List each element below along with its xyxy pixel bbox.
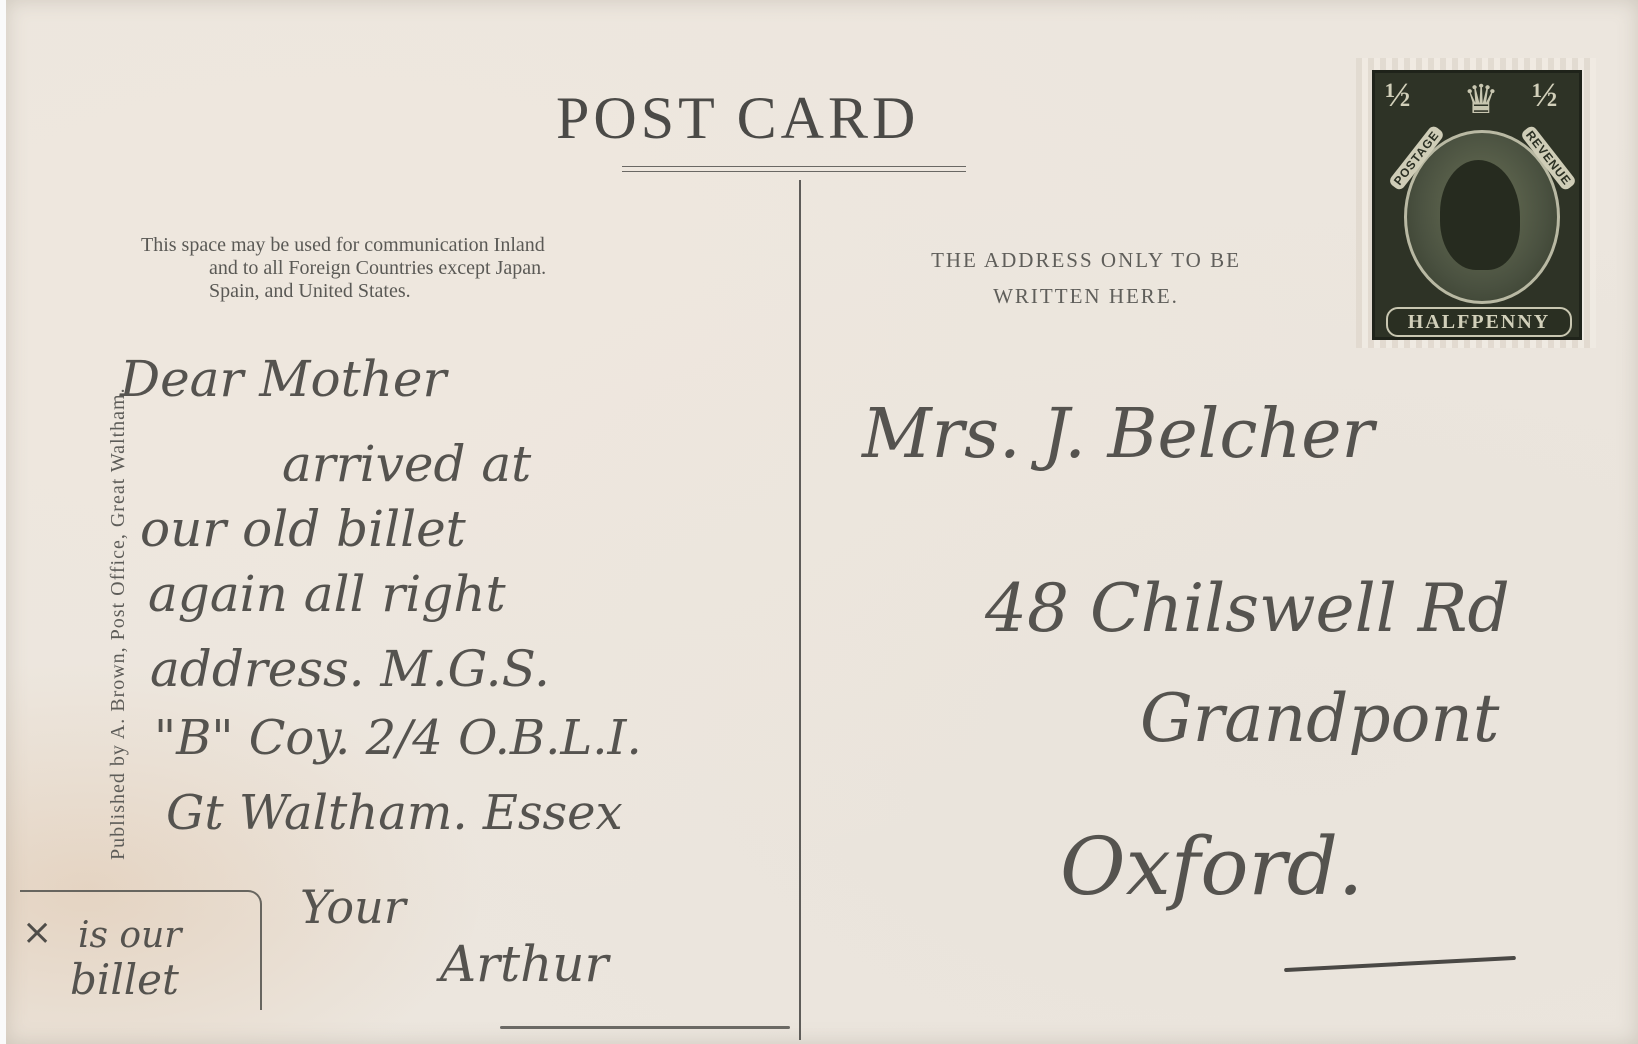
stamp-value-label: HALFPENNY [1386,307,1572,337]
message-instructions: This space may be used for communication… [141,234,781,303]
message-line: Your [300,880,406,934]
message-instructions-line1: This space may be used for communication… [141,234,781,257]
stamp-denomination-left: ½ [1385,80,1411,112]
message-instructions-line3: Spain, and United States. [141,280,781,303]
message-line: Gt Waltham. Essex [166,785,623,841]
stamp-denomination-right: ½ [1532,80,1558,112]
message-line: our old billet [140,500,466,558]
address-city: Oxford. [1060,820,1363,913]
heading-rule-top [622,166,966,167]
message-instructions-line2: and to all Foreign Countries except Japa… [141,257,781,280]
address-instructions: THE ADDRESS ONLY TO BE WRITTEN HERE. [866,242,1306,314]
message-line: address. M.G.S. [150,640,550,698]
heading-rule-bottom [622,171,966,172]
side-note-line1: is our [78,915,182,956]
king-portrait-icon [1440,160,1520,270]
message-line: arrived at [282,435,531,493]
signature: Arthur [440,935,608,993]
crown-icon: ♛ [1450,78,1512,122]
postcard-heading: POST CARD [556,84,919,153]
signature-underline [500,1026,790,1029]
message-line: again all right [148,565,506,623]
publisher-imprint: Published by A. Brown, Post Office, Grea… [107,387,130,860]
cross-mark-icon: × [22,912,52,953]
center-divider [799,180,801,1040]
address-instructions-line2: WRITTEN HERE. [866,278,1306,314]
message-line: "B" Coy. 2/4 O.B.L.I. [154,710,642,766]
address-instructions-line1: THE ADDRESS ONLY TO BE [866,242,1306,278]
address-recipient: Mrs. J. Belcher [862,395,1374,474]
side-note-line2: billet [70,955,179,1004]
address-district: Grandpont [1140,680,1499,757]
message-line: Dear Mother [120,350,446,408]
address-street: 48 Chilswell Rd [985,570,1510,647]
